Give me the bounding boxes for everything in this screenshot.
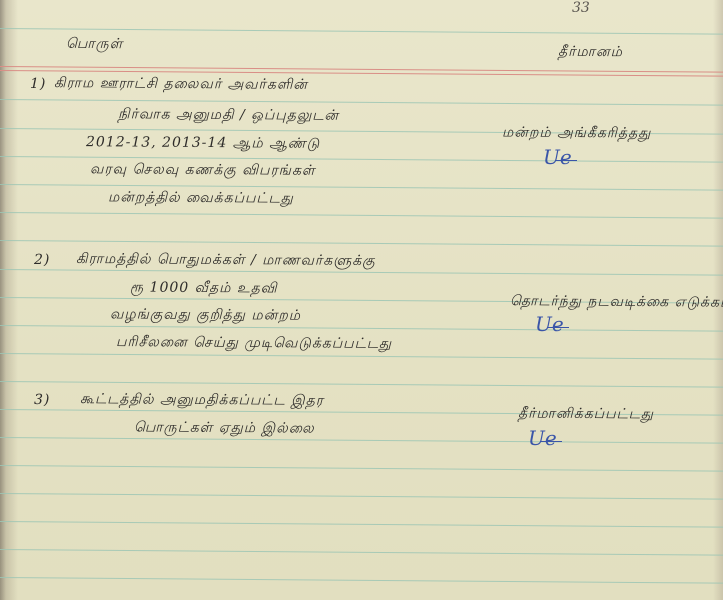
item-line: கூட்டத்தில் அனுமதிக்கப்பட்ட இதர [80, 391, 324, 411]
item-number: 3) [34, 392, 50, 408]
item-number: 1) [30, 76, 46, 92]
item-line: கிராமத்தில் பொதுமக்கள் / மாணவர்களுக்கு [76, 251, 376, 271]
resolution-text: மன்றம் அங்கீகரித்தது [502, 124, 651, 143]
page-number: 33 [572, 0, 590, 16]
item-line: 2012-13, 2013-14 ஆம் ஆண்டு [86, 134, 320, 154]
header-left-label: பொருள் [66, 36, 123, 54]
item-line: நிர்வாக அனுமதி / ஒப்புதலுடன் [118, 106, 339, 126]
item-line: பொருட்கள் ஏதும் இல்லை [134, 419, 315, 438]
header-right-label: தீர்மானம் [558, 44, 623, 62]
signature: Ue [535, 312, 564, 336]
item-line: வழங்குவது குறித்து மன்றம் [110, 306, 301, 325]
signature: Ue [543, 145, 572, 169]
item-line: கிராம ஊராட்சி தலைவர் அவர்களின் [54, 75, 308, 95]
item-line: பரிசீலனை செய்து முடிவெடுக்கப்பட்டது [116, 334, 392, 354]
item-number: 2) [34, 252, 50, 268]
resolution-text: தீர்மானிக்கப்பட்டது [518, 406, 654, 425]
item-line: மன்றத்தில் வைக்கப்பட்டது [108, 189, 294, 208]
signature: Ue [528, 426, 557, 450]
item-line: ரூ 1000 வீதம் உதவி [130, 279, 278, 298]
resolution-text: தொடர்ந்து நடவடிக்கை எடுக்கப்படும் [510, 293, 723, 313]
item-line: வரவு செலவு கணக்கு விபரங்கள் [90, 161, 316, 181]
